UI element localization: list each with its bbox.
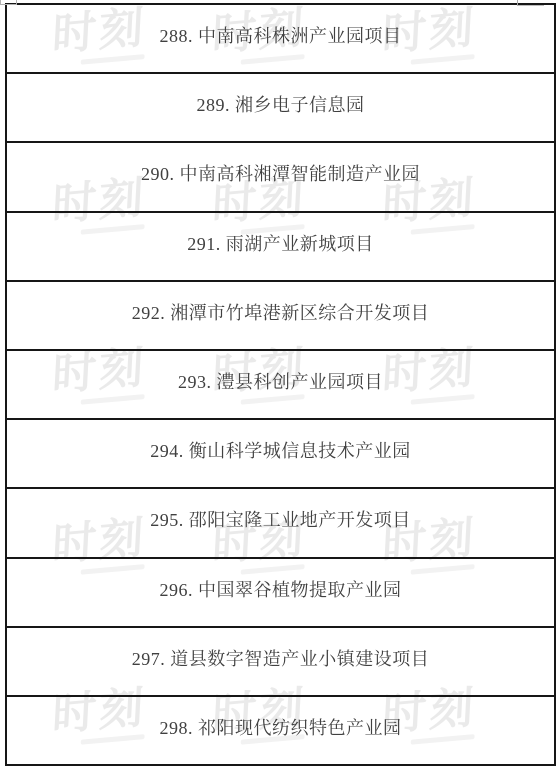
project-label: 289. 湘乡电子信息园	[197, 91, 365, 117]
project-label: 288. 中南高科株洲产业园项目	[160, 22, 402, 48]
table-row: 289. 湘乡电子信息园	[7, 74, 554, 143]
table-row: 298. 祁阳现代纺织特色产业园	[7, 697, 554, 764]
table-row: 292. 湘潭市竹埠港新区综合开发项目	[7, 282, 554, 351]
table-row: 294. 衡山科学城信息技术产业园	[7, 420, 554, 489]
table-fragment-topleft	[0, 0, 17, 5]
table-row: 290. 中南高科湘潭智能制造产业园	[7, 143, 554, 212]
project-label: 297. 道县数字智造产业小镇建设项目	[132, 645, 430, 671]
table-row: 296. 中国翠谷植物提取产业园	[7, 559, 554, 628]
project-label: 290. 中南高科湘潭智能制造产业园	[141, 160, 420, 186]
table-row: 295. 邵阳宝隆工业地产开发项目	[7, 489, 554, 558]
page: { "document": { "watermark_text": "时刻", …	[0, 0, 560, 770]
project-label: 295. 邵阳宝隆工业地产开发项目	[150, 506, 411, 532]
table-row: 293. 澧县科创产业园项目	[7, 351, 554, 420]
project-label: 298. 祁阳现代纺织特色产业园	[160, 714, 402, 740]
project-label: 294. 衡山科学城信息技术产业园	[150, 437, 411, 463]
project-label: 292. 湘潭市竹埠港新区综合开发项目	[132, 299, 430, 325]
project-label: 296. 中国翠谷植物提取产业园	[160, 576, 402, 602]
table-row: 297. 道县数字智造产业小镇建设项目	[7, 628, 554, 697]
project-label: 291. 雨湖产业新城项目	[187, 230, 374, 256]
table-row: 291. 雨湖产业新城项目	[7, 213, 554, 282]
document-canvas: 时刻时刻时刻时刻时刻时刻时刻时刻时刻时刻时刻时刻时刻时刻时刻 288. 中南高科…	[0, 0, 560, 770]
table-fragment-topright	[517, 0, 544, 6]
table-row: 288. 中南高科株洲产业园项目	[7, 5, 554, 74]
project-table: 288. 中南高科株洲产业园项目 289. 湘乡电子信息园 290. 中南高科湘…	[5, 3, 556, 766]
project-label: 293. 澧县科创产业园项目	[178, 368, 383, 394]
